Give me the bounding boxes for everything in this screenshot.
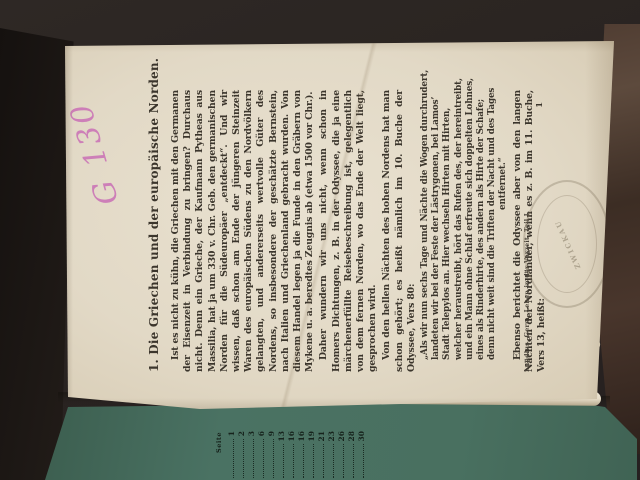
toc-page-number: 13 [277,431,286,441]
paragraph-1: Ist es nicht zu kühn, die Griechen mit d… [170,90,316,372]
toc-row: 28 [346,431,356,478]
quote-line: eines als Rinderhirte, des andern als Hi… [476,90,487,360]
poem-quote: „Als wir nun sechs Tage und Nächte die W… [420,90,510,360]
quote-line: und ein Mann ohne Schlaf erfreute sich d… [465,90,476,360]
toc-page-number: 23 [327,431,336,441]
toc-row: 16 [286,431,296,478]
toc-page-number: 3 [247,431,256,436]
dot-leader [232,439,234,478]
toc-row: 1 [226,431,236,478]
quote-line: Stadt Telepylos an. Hier wechseln Hirten… [442,90,453,360]
dot-leader [262,439,264,478]
toc-row: 13 [276,431,286,478]
stamp-text: ZWICKAU [552,218,582,270]
book-page: G 130 1. Die Griechen und der europäisch… [63,40,619,412]
paragraph-3: Von den hellen Nächten des hohen Nordens… [381,90,418,372]
toc-row: 23 [326,431,336,478]
dot-leader [302,444,304,478]
toc-row: 6 [256,431,266,478]
dot-leader [272,439,274,478]
toc-page-number: 28 [347,431,356,441]
toc-row: 2 [236,431,246,478]
toc-page-number: 2 [237,431,246,436]
quote-line: landeten wir bei der Feste der Lästrygon… [431,90,442,360]
toc-row: 26 [336,431,346,478]
dot-leader [332,444,334,478]
printed-text-block: 1. Die Griechen und der europäische Nord… [147,90,550,372]
toc-row: 16 [296,431,306,478]
toc-page-number: 19 [307,431,316,441]
toc-page-number: 30 [357,431,366,441]
dot-leader [362,444,364,478]
toc-page-number: 21 [317,431,326,441]
footer-signature: Lundius, Germ. Leben in der Vorzeit. Tei… [524,211,531,372]
quote-line-end: entfernet.“ [498,90,509,360]
toc-page-number: 16 [287,431,296,441]
toc-row: 21 [316,431,326,478]
dot-leader [322,444,324,478]
toc-row: 3 [246,431,256,478]
dot-leader [342,444,344,478]
toc-page-number: 16 [297,431,306,441]
quote-line: denn nicht weit sind die Triften der Nac… [487,90,498,360]
quote-line: „Als wir nun sechs Tage und Nächte die W… [420,90,431,360]
toc-header-label: Seite [215,431,223,478]
toc-row: 19 [306,431,316,478]
dot-leader [252,439,254,478]
dot-leader [292,444,294,478]
page-number: 1 [535,102,545,108]
quote-line: welcher heraustreibt, hört das Rufen des… [454,90,465,360]
photo-scene: Seite 1 2 3 6 9 13 16 16 19 21 23 26 28 … [0,0,640,480]
toc-page-number: 26 [337,431,346,441]
dot-leader [282,444,284,478]
paragraph-2: Daher wundern wir uns nicht, wenn schon … [318,90,379,372]
toc-page-number: 9 [267,431,276,436]
dot-leader [242,439,244,478]
dot-leader [312,444,314,478]
toc-row: 9 [266,431,276,478]
toc-page-number: 1 [227,431,236,436]
dot-leader [352,444,354,478]
handwritten-shelfmark: G 130 [63,97,126,208]
toc-page-number: 6 [257,431,266,436]
chapter-title: 1. Die Griechen und der europäische Nord… [147,90,161,372]
table-of-contents-column: Seite 1 2 3 6 9 13 16 16 19 21 23 26 28 … [215,431,366,478]
page-content: G 130 1. Die Griechen und der europäisch… [65,46,597,398]
page-rotated-area: G 130 1. Die Griechen und der europäisch… [65,46,597,398]
toc-row: 30 [356,431,366,478]
